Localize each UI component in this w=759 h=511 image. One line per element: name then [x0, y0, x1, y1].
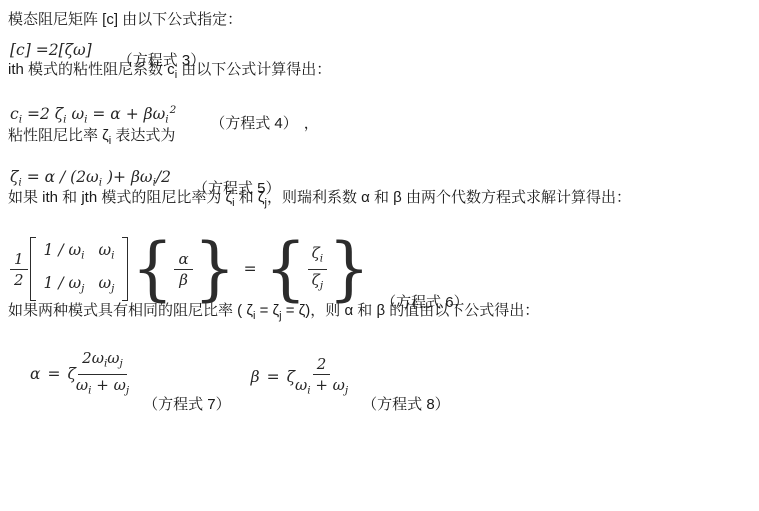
equation-3-formula: [c] =2[ζω]	[10, 41, 92, 59]
paragraph-rayleigh-coefficients: 如果 ith 和 jth 模式的阻尼比率为 ζi 和 ζj，则瑞利系数 α 和 …	[8, 188, 751, 213]
matrix-cell-21: 1 / ωj	[44, 274, 85, 298]
math-term: ζ	[312, 271, 320, 289]
coefficient-one-half: 1 2	[10, 250, 28, 289]
fraction-denominator: ωi + ωj	[76, 375, 129, 400]
equals-sign: =	[267, 368, 280, 386]
equation-6-row: 1 2 1 / ωi ωi 1 / ωj ωj { α β	[10, 237, 751, 301]
alpha-beta-vector: α β	[174, 250, 192, 289]
text-segment: 模态阻尼矩阵 [c] 由以下公式指定：	[8, 11, 242, 28]
equation-8-label: （方程式 8）	[362, 393, 450, 414]
right-curly-brace: }	[194, 241, 236, 298]
matrix-cell-11: 1 / ωi	[44, 241, 85, 265]
matrix-bracket-right	[122, 237, 128, 301]
math-term: ω	[98, 274, 111, 292]
alpha-symbol: α	[30, 365, 40, 383]
vector-top-zeta-i: ζi	[308, 244, 328, 270]
paragraph-damping-ratio: 粘性阻尼比率 ζi 表达式为	[8, 126, 751, 151]
equation-5-formula: ζi = α / (2ωi )+ βωi/2	[10, 168, 171, 189]
math-term: 2	[317, 355, 327, 373]
paragraph-modal-damping-intro: 模态阻尼矩阵 [c] 由以下公式指定：	[8, 10, 751, 30]
equals-sign: =	[47, 365, 60, 383]
matrix-cells: 1 / ωi ωi 1 / ωj ωj	[39, 237, 120, 301]
equation-4-row: ci =2 ζi ωi = α + βωi2 （方程式 4） ，	[10, 103, 751, 126]
math-term: ω	[76, 376, 88, 394]
math-term: ω	[295, 376, 307, 394]
right-curly-brace: }	[328, 241, 370, 298]
subscript-j: j	[126, 384, 129, 396]
fraction-numerator: 1	[10, 250, 28, 270]
equation-8-formula: β = ζ 2 ωi + ωj	[251, 355, 349, 400]
equation-4-formula: ci =2 ζi ωi = α + βωi2	[10, 104, 176, 126]
equation-5-label: （方程式 5）	[193, 177, 281, 198]
fraction-denominator: ωi + ωj	[295, 375, 348, 400]
trailing-comma: ，	[304, 112, 319, 133]
equation-3-row: [c] =2[ζω] （方程式 3）	[10, 39, 751, 60]
vector-bottom-beta: β	[179, 270, 188, 289]
matrix-bracket-left	[30, 237, 36, 301]
zeta-vector: ζi ζj	[308, 244, 328, 294]
subscript-j: j	[120, 358, 123, 370]
matrix-cell-12: ωi	[98, 241, 114, 265]
math-term: 1 / ω	[44, 241, 82, 259]
zeta-symbol: ζ	[67, 365, 75, 383]
equation-3-label: （方程式 3）	[118, 49, 206, 70]
subscript-j: j	[81, 282, 84, 294]
math-term: + ω	[91, 376, 125, 394]
math-term: 1 / ω	[44, 274, 82, 292]
subscript-j: j	[345, 384, 348, 396]
math-term: )+ βω	[102, 168, 153, 186]
vector-bottom-zeta-j: ζj	[312, 270, 323, 295]
text-segment: ，则瑞利系数 α 和 β 由两个代数方程式求解计算得出：	[267, 189, 631, 206]
equation-8-fraction: 2 ωi + ωj	[295, 355, 348, 400]
fraction-denominator: 2	[14, 270, 24, 289]
left-curly-brace: {	[265, 241, 307, 298]
frequency-matrix: 1 / ωi ωi 1 / ωj ωj	[30, 237, 129, 301]
equation-6-formula: 1 2 1 / ωi ωi 1 / ωj ωj { α β	[10, 237, 371, 301]
text-segment: 表达式为	[111, 127, 175, 144]
fraction-numerator: 2	[313, 355, 331, 375]
math-term: ζ	[312, 244, 320, 262]
math-term: = α + βω	[87, 105, 165, 123]
paragraph-equal-damping-ratio: 如果两种模式具有相同的阻尼比率 ( ζi = ζj = ζ)，则 α 和 β 的…	[8, 301, 751, 326]
equation-7-label: （方程式 7）	[143, 393, 231, 414]
equation-7-fraction: 2ωiωj ωi + ωj	[76, 349, 129, 399]
subscript-i: i	[320, 253, 323, 265]
matrix-cell-22: ωj	[98, 274, 114, 298]
document-content: 模态阻尼矩阵 [c] 由以下公式指定： [c] =2[ζω] （方程式 3） i…	[0, 0, 759, 399]
equation-6-label: （方程式 6）	[381, 291, 469, 312]
math-term: ω	[98, 241, 111, 259]
equations-7-8-row: α = ζ 2ωiωj ωi + ωj （方程式 7） β = ζ	[10, 349, 751, 399]
math-term: ω	[107, 349, 119, 367]
subscript-i: i	[81, 250, 84, 262]
equation-5-row: ζi = α / (2ωi )+ βωi/2 （方程式 5）	[10, 166, 751, 189]
left-curly-brace: {	[131, 241, 173, 298]
subscript-j: j	[320, 279, 323, 291]
equals-sign: =	[244, 260, 257, 278]
math-term: + ω	[311, 376, 345, 394]
subscript-i: i	[165, 114, 168, 126]
vector-top-alpha: α	[174, 250, 192, 270]
subscript-j: j	[111, 282, 114, 294]
beta-symbol: β	[251, 368, 260, 386]
superscript-2: 2	[170, 104, 177, 116]
math-term: = α / (2ω	[22, 168, 99, 186]
math-term: =2 ζ	[22, 105, 63, 123]
zeta-symbol: ζ	[287, 368, 295, 386]
equation-7-formula: α = ζ 2ωiωj ωi + ωj	[30, 349, 129, 399]
math-term: 2ω	[82, 349, 104, 367]
equation-4-label: （方程式 4）	[210, 112, 298, 133]
math-term: /2	[156, 168, 171, 186]
math-term: ω	[67, 105, 85, 123]
text-segment: 粘性阻尼比率 ζ	[8, 127, 109, 144]
math-term: c	[10, 105, 19, 123]
subscript-i: i	[111, 250, 114, 262]
fraction-numerator: 2ωiωj	[78, 349, 127, 375]
